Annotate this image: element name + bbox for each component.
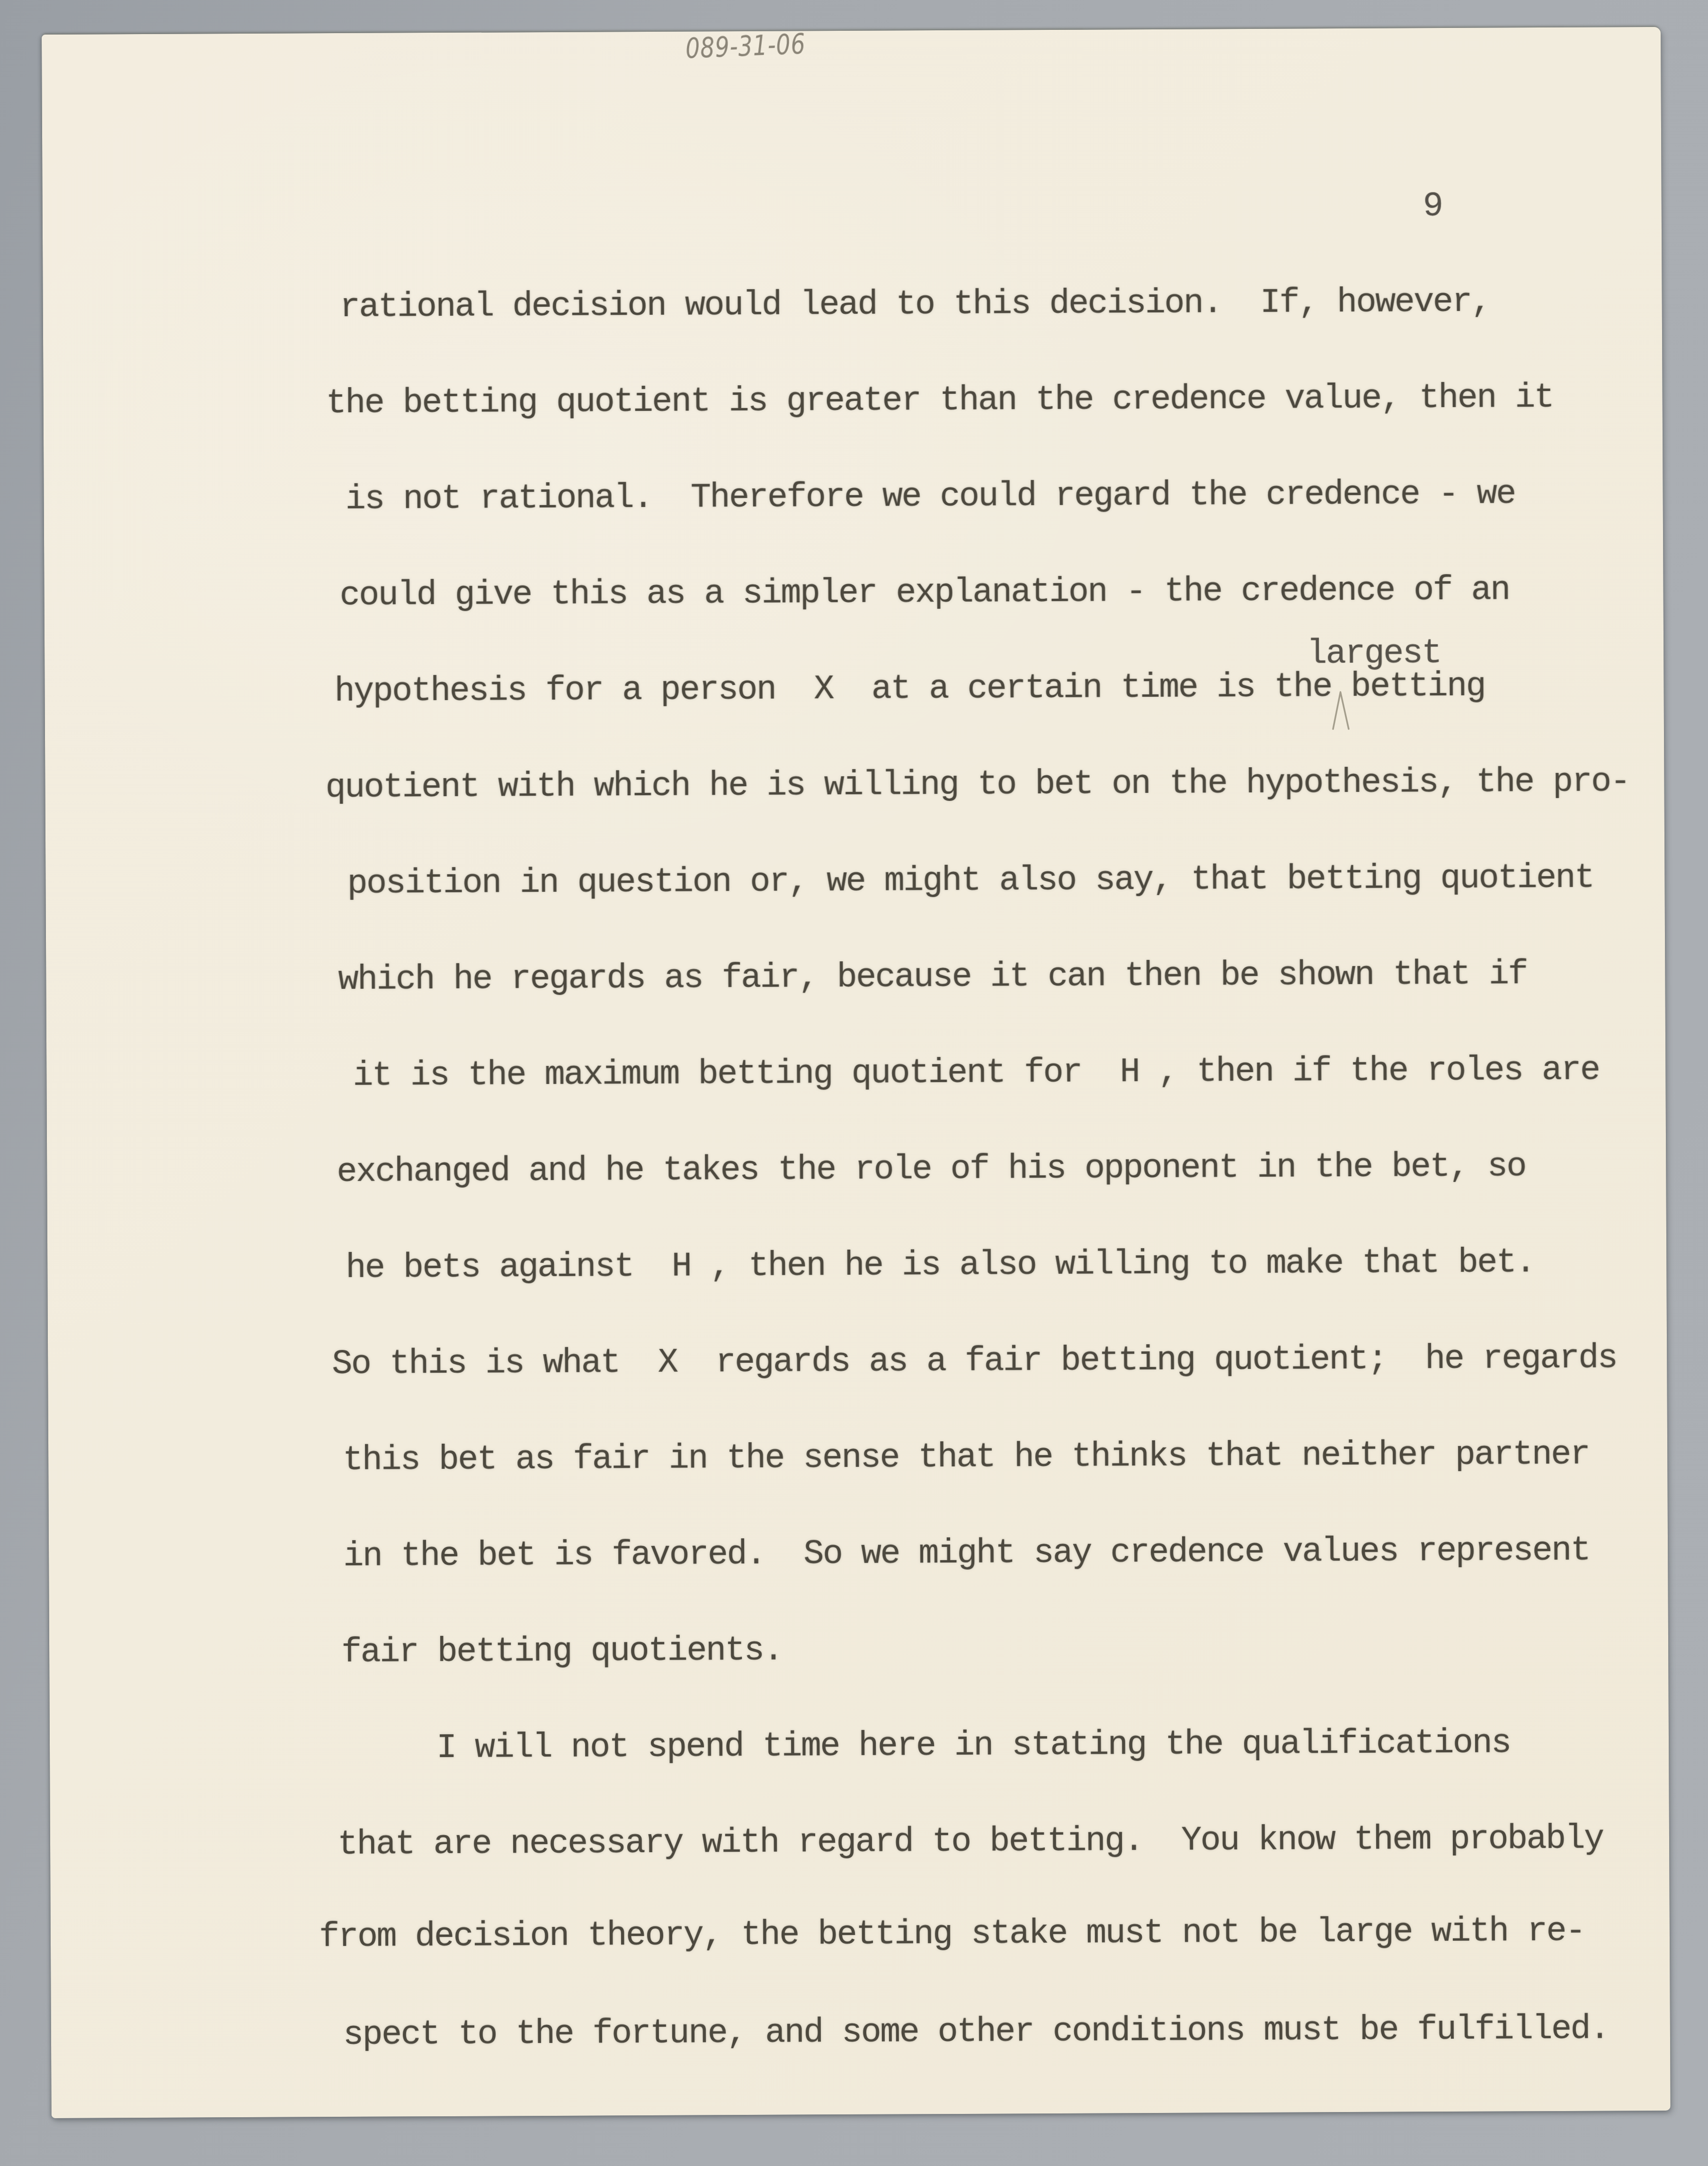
typed-line: it is the maximum betting quotient for H… — [353, 1051, 1599, 1095]
typed-line: from decision theory, the betting stake … — [319, 1912, 1585, 1956]
typed-line paragraph-indent: I will not spend time here in stating th… — [436, 1724, 1511, 1767]
typed-line: exchanged and he takes the role of his o… — [337, 1147, 1526, 1191]
typed-line: rational decision would lead to this dec… — [340, 283, 1491, 326]
typed-line: quotient with which he is willing to bet… — [325, 763, 1629, 807]
insertion-caret-icon — [1332, 690, 1351, 731]
archive-annotation-handwritten: 089-31-06 — [685, 28, 806, 65]
typed-line: in the bet is favored. So we might say c… — [343, 1532, 1590, 1575]
typed-line: spect to the fortune, and some other con… — [343, 2010, 1609, 2054]
typed-line: is not rational. Therefore we could rega… — [345, 475, 1515, 518]
typed-line: So this is what X regards as a fair bett… — [332, 1339, 1617, 1383]
typed-line: fair betting quotients. — [341, 1632, 783, 1671]
document-page: 089-31-06 9 rational decision would lead… — [42, 27, 1671, 2118]
typed-line: could give this as a simpler explanation… — [339, 571, 1509, 614]
typed-line: the betting quotient is greater than the… — [326, 379, 1553, 422]
typed-insertion-word: largest — [1307, 634, 1441, 673]
page-number: 9 — [1423, 187, 1444, 226]
typed-line: this bet as fair in the sense that he th… — [343, 1436, 1589, 1479]
scanned-document-view: 089-31-06 9 rational decision would lead… — [0, 0, 1708, 2166]
typed-line: which he regards as fair, because it can… — [338, 955, 1527, 999]
typed-line: that are necessary with regard to bettin… — [338, 1820, 1603, 1864]
typed-line: hypothesis for a person X at a certain t… — [334, 667, 1485, 710]
typed-line: he bets against H , then he is also will… — [346, 1243, 1535, 1287]
typed-line: position in question or, we might also s… — [347, 859, 1593, 903]
